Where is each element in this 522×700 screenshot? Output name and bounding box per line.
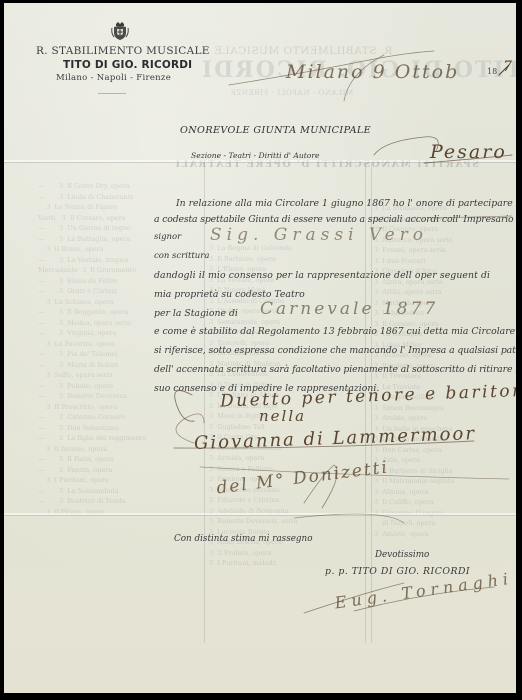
printed-year-prefix: 18 bbox=[487, 67, 497, 76]
bleed-through-column: — 3 Il Conte Ory, opera — 3 Linda di Cha… bbox=[38, 181, 146, 517]
body-line-8: e come è stabilito dal Regolamento 13 fe… bbox=[154, 326, 515, 337]
handwritten-city: Pesaro bbox=[430, 141, 507, 163]
letterhead-rule bbox=[98, 93, 126, 94]
letterhead-firm-name: TITO DI GIO. RICORDI bbox=[63, 59, 192, 71]
body-line-10: dell' accennata scrittura sarà facoltati… bbox=[154, 364, 516, 375]
letterhead-establishment: R. STABILIMENTO MUSICALE bbox=[36, 45, 210, 57]
body-line-5: dandogli il mio consenso per la rapprese… bbox=[154, 270, 490, 281]
bleed-through-header: R. STABILIMENTO MUSICALE bbox=[214, 45, 393, 57]
letter-page: R. STABILIMENTO MUSICALE TITO DI GIO. RI… bbox=[4, 3, 516, 693]
handwritten-impresario-name: Sig. Grassi Vero bbox=[210, 225, 428, 245]
body-line-1: In relazione alla mia Circolare 1 giugno… bbox=[176, 198, 513, 209]
letterhead-cities: Milano - Napoli - Firenze bbox=[56, 73, 171, 83]
closing-salutation: Con distinta stima mi rassegno bbox=[174, 534, 313, 544]
closing-signatory: p. p. TITO DI GIO. RICORDI bbox=[325, 566, 470, 577]
closing-devoted: Devotissimo bbox=[375, 550, 429, 560]
body-line-2: a codesta spettabile Giunta di essere ve… bbox=[154, 214, 514, 225]
paper-fold-line bbox=[4, 513, 516, 515]
addressee-subtitle: Sezione - Teatri - Diritti d' Autore bbox=[191, 151, 319, 160]
handwritten-season: Carnevale 1877 bbox=[260, 299, 438, 319]
handwritten-place-date: Milano 9 Ottob bbox=[286, 61, 459, 83]
handwritten-works-line-2: nella bbox=[259, 407, 306, 425]
royal-crest-icon bbox=[111, 21, 129, 41]
handwritten-year-suffix: 7 bbox=[503, 59, 513, 75]
body-line-9: si riferisce, sotto espressa condizione … bbox=[154, 345, 516, 356]
addressee-title: ONOREVOLE GIUNTA MUNICIPALE bbox=[180, 125, 371, 136]
body-line-7: per la Stagione di bbox=[154, 308, 238, 319]
bleed-through-city: MILANO - NAPOLI - FIRENZE bbox=[230, 89, 353, 97]
body-line-4: con scrittura bbox=[154, 251, 209, 261]
body-line-3: signor bbox=[154, 232, 181, 242]
bleed-through-column-rule bbox=[204, 163, 205, 643]
